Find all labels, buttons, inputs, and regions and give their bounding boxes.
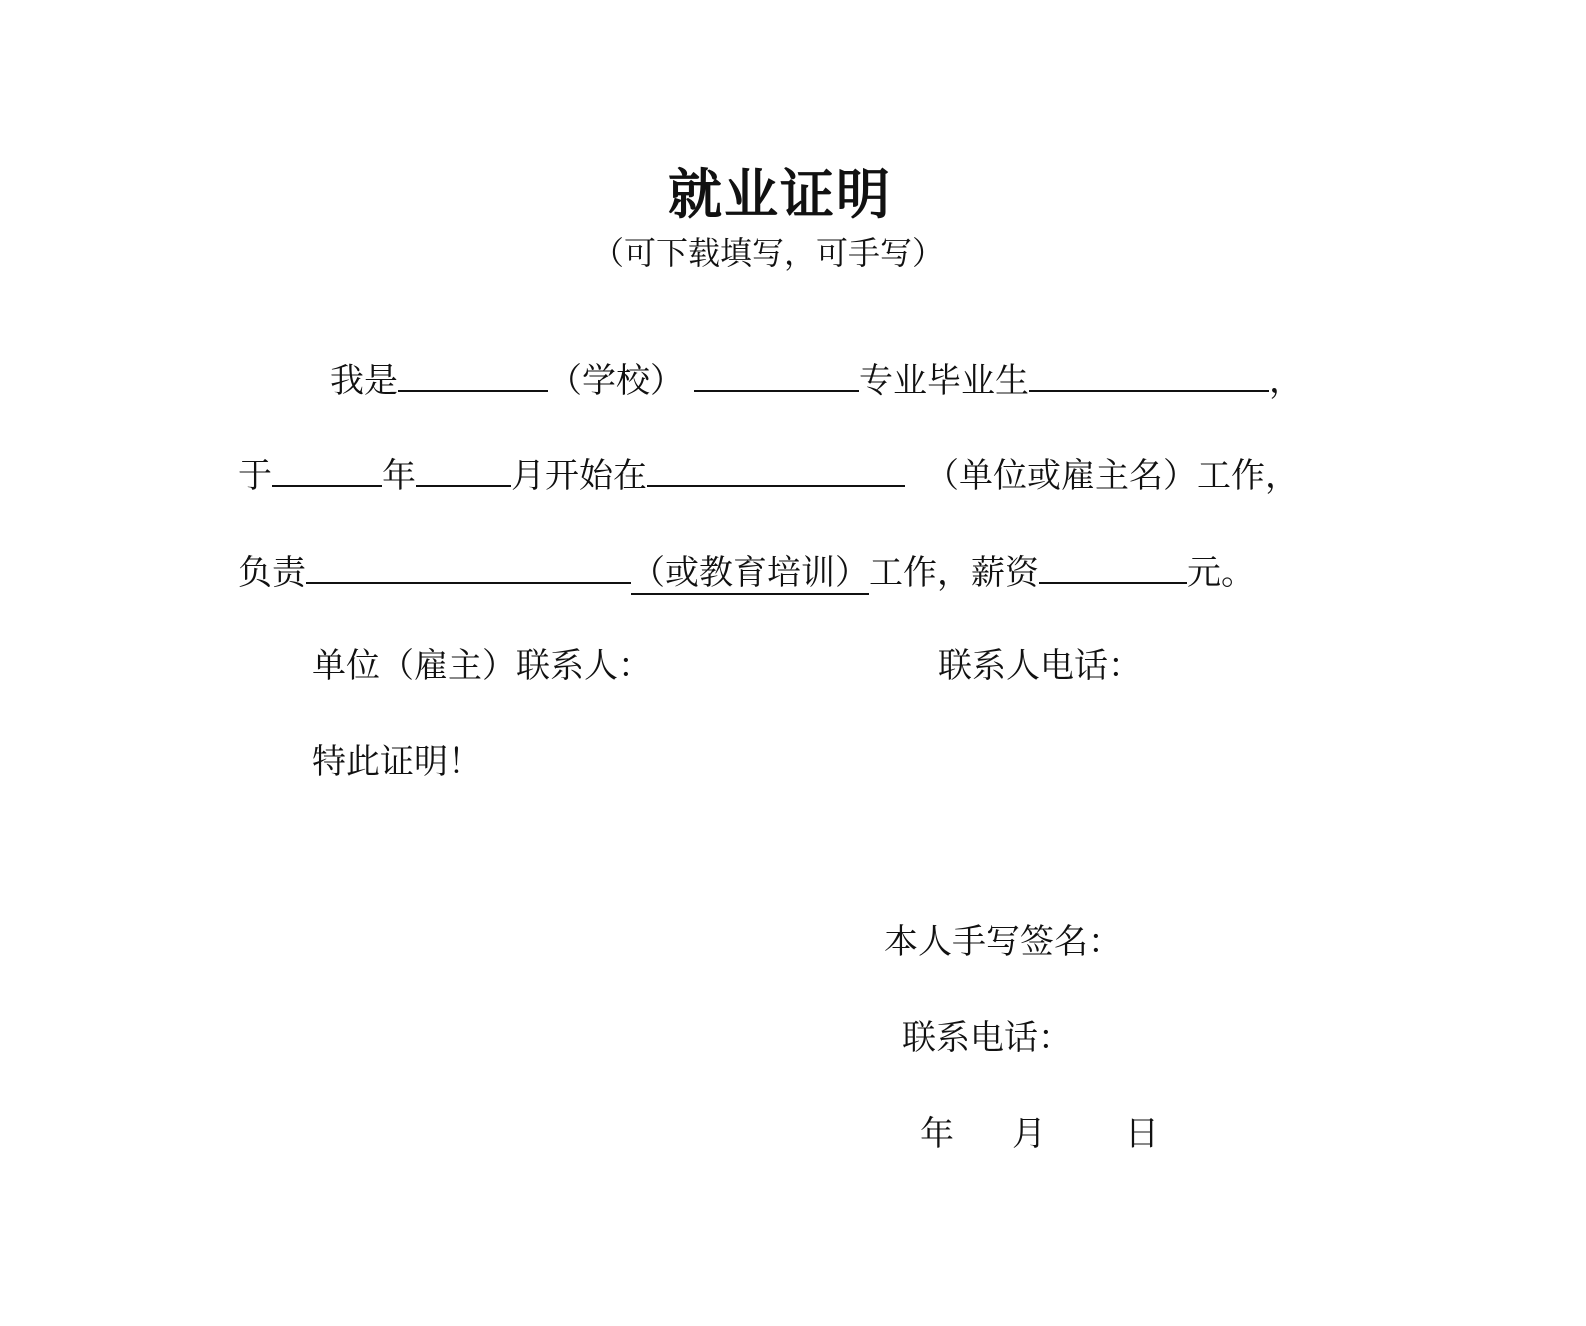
contact-person-label: 单位（雇主）联系人： xyxy=(312,646,652,686)
page-title: 就业证明 xyxy=(668,152,892,229)
text: （单位或雇主名）工作， xyxy=(925,456,1299,496)
salary-blank[interactable] xyxy=(1039,552,1187,584)
line-1: 我是（学校）专业毕业生， xyxy=(330,360,1303,401)
text: 工作，薪资 xyxy=(869,553,1039,593)
name-blank[interactable] xyxy=(1029,360,1269,392)
text: 我是 xyxy=(330,361,398,401)
page-subtitle: （可下载填写，可手写） xyxy=(592,228,944,274)
line-3: 负责（或教育培训）工作，薪资元。 xyxy=(238,552,1255,593)
text: （学校） xyxy=(548,361,684,401)
text: ， xyxy=(1269,361,1303,401)
text: 元。 xyxy=(1187,553,1255,593)
closing-text: 特此证明！ xyxy=(312,742,482,782)
text: 年 xyxy=(382,456,416,496)
text: 负责 xyxy=(238,553,306,593)
date-month: 月 xyxy=(1012,1114,1046,1154)
school-blank[interactable] xyxy=(398,360,548,392)
year-blank[interactable] xyxy=(272,455,382,487)
contact-phone-label: 联系人电话： xyxy=(938,646,1142,686)
text: （或教育培训） xyxy=(631,553,869,595)
duty-blank[interactable] xyxy=(306,552,631,584)
text: 专业毕业生 xyxy=(859,361,1029,401)
date-year: 年 xyxy=(920,1114,954,1154)
employer-blank[interactable] xyxy=(647,455,905,487)
phone-label: 联系电话： xyxy=(902,1018,1072,1058)
text: 于 xyxy=(238,456,272,496)
text: 月开始在 xyxy=(511,456,647,496)
date-day: 日 xyxy=(1125,1114,1159,1154)
line-2: 于年月开始在（单位或雇主名）工作， xyxy=(238,455,1299,496)
major-blank[interactable] xyxy=(694,360,859,392)
signature-label: 本人手写签名： xyxy=(884,922,1122,962)
month-blank[interactable] xyxy=(416,455,511,487)
